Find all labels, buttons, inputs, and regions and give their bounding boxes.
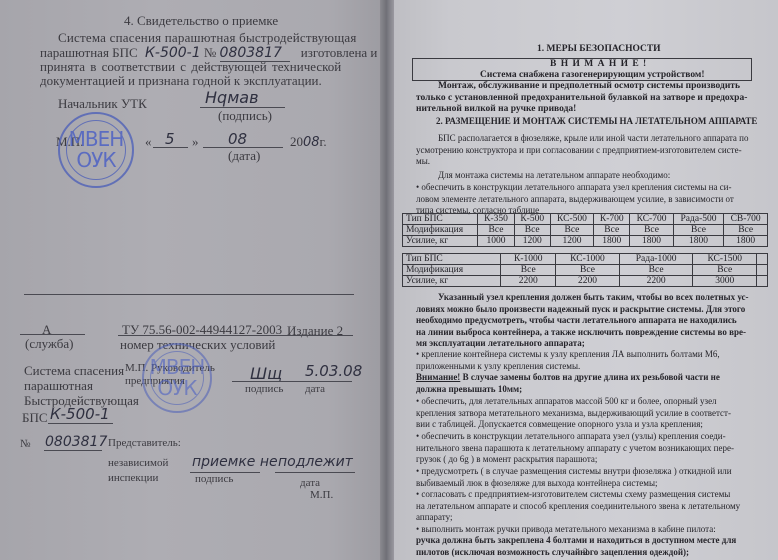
bold-line-2: ловиях можно было произвести надежный пу… — [416, 304, 749, 316]
stamp-text-2: ОУК — [76, 150, 115, 171]
bullet-7: • выполнить монтаж ручки привода метател… — [416, 524, 716, 536]
cert-no-sign: № — [204, 45, 216, 60]
head-date: 5.03.08 — [305, 362, 362, 380]
table-cell: СВ-700 — [724, 214, 768, 225]
date-caption: (дата) — [228, 148, 260, 164]
table-cell: 2200 — [501, 276, 556, 287]
year-handwritten: 08 — [303, 135, 320, 150]
bps-label: БПС — [22, 410, 48, 426]
system-label: Система спасения парашютная Быстродейств… — [24, 363, 139, 408]
cert-line-4: документацией и признана годной к эксплу… — [40, 73, 322, 89]
head-signature-caption: подпись — [245, 383, 283, 395]
date-year: 2008г. — [290, 134, 327, 150]
rep-date-line — [275, 472, 355, 473]
safety-line-1: Монтаж, обслуживание и предполетный осмо… — [416, 81, 747, 93]
rep-label: Представитель: — [108, 437, 181, 449]
table-row: МодификацияВсеВсеВсеВсеВсеВсеВсе — [403, 225, 768, 236]
rep-mp: М.П. — [310, 489, 333, 501]
bps-line — [48, 423, 113, 424]
row-header: Усилие, кг — [403, 276, 501, 287]
table-cell: Все — [630, 225, 673, 236]
bullet5-line-1: • предусмотреть ( в случае размещения си… — [416, 466, 732, 478]
table-cell: 2200 — [619, 276, 692, 287]
table-cell: КС-700 — [630, 214, 673, 225]
number-line — [44, 450, 102, 451]
bullet6-line-1: • согласовать с предприятием-изготовител… — [416, 489, 740, 501]
stamp2-text-2: ОУК — [157, 378, 196, 399]
bps-table-2: Тип БПСК-1000КС-1000Рада-1000КС-1500Моди… — [402, 253, 768, 287]
table-cell: К-500 — [514, 214, 550, 225]
row-header: Модификация — [403, 265, 501, 276]
bullet6-line-2: на летательном аппарате и способ креплен… — [416, 501, 740, 513]
rep-sub: независимой инспекции — [108, 456, 168, 486]
table-row: Тип БПСК-1000КС-1000Рада-1000КС-1500 — [403, 254, 768, 265]
placement-line-1: БПС располагается в фюзеляже, крыле или … — [416, 133, 749, 145]
row-header: Модификация — [403, 225, 478, 236]
date-day: 5 — [165, 130, 175, 148]
date-month: 08 — [228, 130, 247, 148]
table-row: Тип БПСК-350К-500КС-500К-700КС-700Рада-5… — [403, 214, 768, 225]
stamp2-text-1: МВЕН — [150, 357, 205, 378]
rep-signature-caption: подпись — [195, 473, 233, 485]
service-caption: (служба) — [25, 336, 73, 352]
safety-para: Монтаж, обслуживание и предполетный осмо… — [416, 81, 747, 116]
tu-line — [118, 335, 353, 336]
bullet-6: • согласовать с предприятием-изготовител… — [416, 489, 740, 524]
rep-date-caption: дата — [300, 477, 320, 489]
placement-line-3: мы. — [416, 156, 749, 168]
section2-title: 2. РАЗМЕЩЕНИЕ И МОНТАЖ СИСТЕМЫ НА ЛЕТАТЕ… — [436, 116, 757, 128]
placement-line-2: усмотрению конструктора и при согласован… — [416, 145, 749, 157]
table-cell — [757, 254, 768, 265]
table-cell: К-700 — [594, 214, 630, 225]
year-prefix: 20 — [290, 134, 303, 149]
bullet-5: • предусмотреть ( в случае размещения си… — [416, 466, 732, 489]
table-cell: Все — [478, 225, 514, 236]
page-number: 2 — [583, 548, 588, 560]
official-stamp: МВЕН ОУК — [58, 112, 134, 188]
warning-text: Система снабжена газогенерирующим устрой… — [480, 70, 705, 82]
attention-line-1: В случае замены болтов на другие длина и… — [460, 372, 720, 382]
bullet3-line-2: крепления затвора метательного механизма… — [416, 408, 731, 420]
system-label-2: парашютная — [24, 378, 139, 393]
bold-line-5: мя эксплуатации летательного аппарата; — [416, 338, 749, 350]
edition: Издание 2 — [287, 323, 343, 339]
book-spine — [380, 0, 394, 560]
date-open-quote: « — [145, 134, 152, 150]
chief-label: Начальник УТК — [58, 96, 147, 112]
cert-line-1: Система спасения парашютная быстродейств… — [58, 30, 357, 46]
bullet4-line-1: • обеспечить в конструкции летательного … — [416, 431, 734, 443]
table-cell: 3000 — [693, 276, 757, 287]
warning-title: В Н И М А Н И Е ! — [550, 59, 647, 71]
bullet4-line-3: грузок ( до 6g ) в момент раскрытия пара… — [416, 454, 734, 466]
table-cell: КС-1000 — [556, 254, 620, 265]
table-cell: Все — [693, 265, 757, 276]
table-cell — [757, 276, 768, 287]
table-row: МодификацияВсеВсеВсеВсе — [403, 265, 768, 276]
safety-line-3: нительной вилкой на ручке привода! — [416, 104, 747, 116]
table-cell: Рада-500 — [673, 214, 724, 225]
bold-line-4: на линии выброса контейнера, а также иск… — [416, 327, 749, 339]
table-cell: Все — [619, 265, 692, 276]
table-cell: 1800 — [724, 236, 768, 247]
table-cell: Все — [724, 225, 768, 236]
bold-line-1: Указанный узел крепления должен быть так… — [416, 292, 749, 304]
system-label-1: Система спасения — [24, 363, 139, 378]
table-cell: 2200 — [556, 276, 620, 287]
head-date-caption: дата — [305, 383, 325, 395]
section-title: 4. Свидетельство о приемке — [124, 13, 278, 29]
table-cell: К-1000 — [501, 254, 556, 265]
rep-sub-1: независимой — [108, 456, 168, 471]
attention-block: Внимание! В случае замены болтов на друг… — [416, 372, 720, 395]
bps-value: К-500-1 — [50, 405, 110, 423]
table-row: Усилие, кг2200220022003000 — [403, 276, 768, 287]
table-cell: 1000 — [478, 236, 514, 247]
table-cell: Все — [556, 265, 620, 276]
table-cell: Рада-1000 — [619, 254, 692, 265]
bullet-1: • обеспечить в конструкции летательного … — [416, 182, 734, 217]
table-cell — [757, 265, 768, 276]
row-header: Тип БПС — [403, 214, 478, 225]
bullet6-line-3: аппарату; — [416, 512, 740, 524]
number-label: № — [20, 438, 31, 450]
cert-prefix: парашютная БПС — [40, 45, 138, 60]
table-cell: Все — [514, 225, 550, 236]
section1-title: 1. МЕРЫ БЕЗОПАСНОСТИ — [537, 44, 661, 56]
chief-signature-caption: (подпись) — [218, 108, 272, 124]
rep-handwriting-2: подлежит — [278, 454, 353, 470]
bullet-4: • обеспечить в конструкции летательного … — [416, 431, 734, 466]
cert-suffix: изготовлена и — [301, 45, 378, 60]
bold-line-3: необходимо предусмотреть, чтобы части ле… — [416, 315, 749, 327]
table-cell: Все — [550, 225, 593, 236]
table-cell: 1800 — [630, 236, 673, 247]
safety-line-2: только с установленной предохранительной… — [416, 93, 747, 105]
mount-intro: Для монтажа системы на летательном аппар… — [438, 170, 670, 182]
table-cell: Все — [594, 225, 630, 236]
table-cell: КС-1500 — [693, 254, 757, 265]
service-line — [20, 334, 85, 335]
bold-end: ручка должна быть закреплена 4 болтами и… — [416, 535, 736, 558]
bullet3-line-1: • обеспечить, для летательных аппаратов … — [416, 396, 731, 408]
bullet-2: • крепление контейнера системы к узлу кр… — [416, 349, 720, 372]
row-header: Тип БПС — [403, 254, 501, 265]
chief-signature: Нqмав — [205, 88, 259, 107]
bullet-3: • обеспечить, для летательных аппаратов … — [416, 396, 731, 431]
rep-sub-2: инспекции — [108, 471, 168, 486]
bullet4-line-2: нительного звена парашюта к летательному… — [416, 443, 734, 455]
date-day-line — [153, 147, 188, 148]
table-cell: 1800 — [594, 236, 630, 247]
separator-line — [24, 294, 354, 295]
bullet1-line-2: ловом элементе летательного аппарата, вы… — [416, 194, 734, 206]
table-cell: 1800 — [673, 236, 724, 247]
bullet2-line-2: приложенными к узлу крепления системы. — [416, 361, 720, 373]
year-suffix: г. — [320, 134, 327, 149]
number-value: 0803817 — [45, 434, 107, 450]
placement-para: БПС располагается в фюзеляже, крыле или … — [416, 133, 749, 168]
bullet3-line-3: вии с таблицей. Допускается совмещение о… — [416, 419, 731, 431]
bold-para: Указанный узел крепления должен быть так… — [416, 292, 749, 350]
row-header: Усилие, кг — [403, 236, 478, 247]
date-close-quote: » — [192, 134, 199, 150]
table-cell: КС-500 — [550, 214, 593, 225]
table-cell: Все — [673, 225, 724, 236]
table-cell: 1200 — [514, 236, 550, 247]
official-stamp-2: МВЕН ОУК — [142, 343, 212, 413]
table-cell: Все — [501, 265, 556, 276]
attention-label: Внимание! — [416, 372, 460, 382]
bold-end-line-1: ручка должна быть закреплена 4 болтами и… — [416, 535, 736, 547]
stamp-text-1: МВЕН — [69, 129, 124, 150]
bps-table-1: Тип БПСК-350К-500КС-500К-700КС-700Рада-5… — [402, 213, 768, 247]
bullet2-line-1: • крепление контейнера системы к узлу кр… — [416, 349, 720, 361]
table-cell: 1200 — [550, 236, 593, 247]
attention-line-2: должна превышать 10мм; — [416, 384, 720, 396]
bullet5-line-2: выбиваемый люк в фюзеляже для выхода кон… — [416, 478, 732, 490]
head-signature-line — [232, 381, 352, 382]
bold-end-line-2: пилотов (исключая возможность случайного… — [416, 547, 736, 559]
table-row: Усилие, кг1000120012001800180018001800 — [403, 236, 768, 247]
table-cell: К-350 — [478, 214, 514, 225]
bullet1-line-1: • обеспечить в конструкции летательного … — [416, 182, 734, 194]
rep-handwriting-1: приемке не — [192, 454, 278, 470]
